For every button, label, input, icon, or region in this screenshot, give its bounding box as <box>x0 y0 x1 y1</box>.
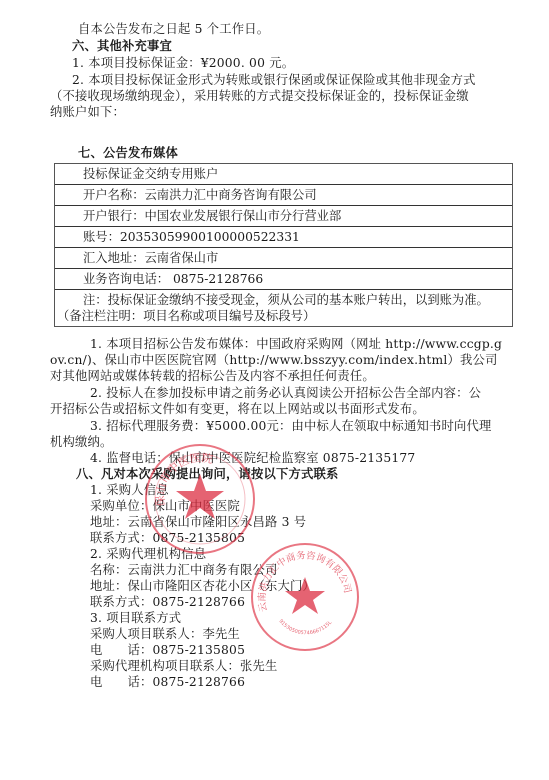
contact-line: 名称：云南洪力汇中商务有限公司 <box>90 562 277 578</box>
contact-line: 2. 采购代理机构信息 <box>90 546 206 562</box>
table-row: 汇入地址：云南省保山市 <box>55 248 512 269</box>
section-6-p2-line1: 2. 本项目投标保证金形式为转账或银行保函或保证保险或其他非现金方式 <box>72 72 476 88</box>
table-note-line1: 注：投标保证金缴纳不接受现金，须从公司的基本账户转出，以到账为准。 <box>55 292 512 308</box>
media-item-3-line1: 3. 招标代理服务费：¥5000.00元：由中标人在领取中标通知书时向代理 <box>90 418 491 434</box>
section-8-title: 八、凡对本次采购提出询问，请按以下方式联系 <box>76 466 338 482</box>
media-item-4-line1: 4. 监督电话：保山市中医医院纪检监察室 0875-2135177 <box>90 450 415 466</box>
media-item-1-line2: ov.cn/)、保山市中医医院官网（http://www.bsszyy.com/… <box>50 352 497 368</box>
section-6-p2-line3: 纳账户如下： <box>50 104 125 120</box>
contact-line: 联系方式：0875-2135805 <box>90 530 245 546</box>
media-item-2-line2: 开招标公告或招标文件如有变更，将在以上网站或以书面形式发布。 <box>50 401 425 417</box>
media-item-2-line1: 2. 投标人在参加投标申请之前务必认真阅读公开招标公告全部内容：公 <box>90 385 481 401</box>
intro-line: 自本公告发布之日起 5 个工作日。 <box>78 21 269 37</box>
table-note-line2: （备注栏注明：项目名称或项目编号及标段号） <box>55 308 512 324</box>
contact-line: 采购代理机构项目联系人：张先生 <box>90 658 277 674</box>
document-page: 自本公告发布之日起 5 个工作日。 六、其他补充事宜 1. 本项目投标保证金：¥… <box>0 0 549 780</box>
table-row: 投标保证金交纳专用账户 <box>55 164 512 185</box>
media-item-1-line3: 对其他网站或媒体转载的招标公告及内容不承担任何责任。 <box>50 368 375 384</box>
media-item-3-line2: 机构缴纳。 <box>50 434 113 450</box>
star-icon: 云南洪力汇中商务咨询有限公司 915305005746667115L <box>253 545 357 649</box>
table-row: 业务咨询电话： 0875-2128766 <box>55 269 512 290</box>
agency-seal-stamp: 云南洪力汇中商务咨询有限公司 915305005746667115L <box>251 543 359 651</box>
table-row: 开户名称：云南洪力汇中商务咨询有限公司 <box>55 185 512 206</box>
section-7-title: 七、公告发布媒体 <box>78 145 178 161</box>
contact-line: 地址：云南省保山市隆阳区永昌路 3 号 <box>90 514 306 530</box>
contact-line: 电 话：0875-2128766 <box>90 674 245 690</box>
contact-line: 电 话：0875-2135805 <box>90 642 245 658</box>
deposit-account-table: 投标保证金交纳专用账户 开户名称：云南洪力汇中商务咨询有限公司 开户银行：中国农… <box>54 163 513 327</box>
contact-line: 1. 采购人信息 <box>90 482 169 498</box>
table-row: 账号：20353059900100000522331 <box>55 227 512 248</box>
contact-line: 采购人项目联系人：李先生 <box>90 626 240 642</box>
section-6-title: 六、其他补充事宜 <box>72 38 172 54</box>
contact-line: 3. 项目联系方式 <box>90 610 181 626</box>
contact-line: 联系方式：0875-2128766 <box>90 594 245 610</box>
section-6-p1: 1. 本项目投标保证金：¥2000. 00 元。 <box>72 55 294 71</box>
svg-text:915305005746667115L: 915305005746667115L <box>277 618 333 636</box>
contact-line: 采购单位：保山市中医医院 <box>90 498 240 514</box>
table-note-row: 注：投标保证金缴纳不接受现金，须从公司的基本账户转出，以到账为准。 （备注栏注明… <box>55 290 512 326</box>
section-6-p2-line2: （不接收现场缴纳现金），采用转账的方式提交投标保证金的，投标保证金缴 <box>50 88 469 104</box>
contact-line: 地址：保山市隆阳区杏花小区（东大门） <box>90 578 315 594</box>
table-row: 开户银行：中国农业发展银行保山市分行营业部 <box>55 206 512 227</box>
media-item-1-line1: 1. 本项目招标公告发布媒体：中国政府采购网（网址 http://www.ccg… <box>90 336 502 352</box>
